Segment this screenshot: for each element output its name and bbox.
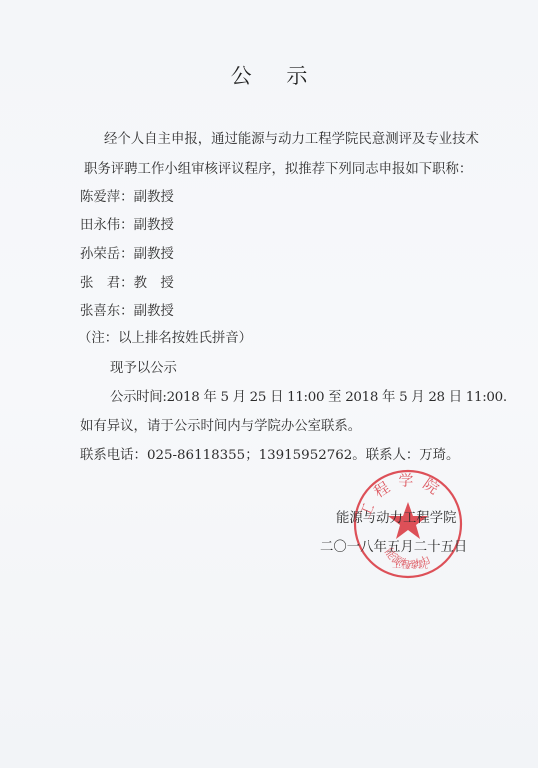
announce-line: 现予以公示 bbox=[110, 357, 177, 376]
candidate-row: 陈爱萍：副教授 bbox=[80, 186, 174, 205]
candidate-title: 副教授 bbox=[134, 190, 174, 205]
candidate-row: 田永伟：副教授 bbox=[80, 214, 174, 233]
candidate-row: 张喜东：副教授 bbox=[80, 300, 174, 319]
candidate-title: 副教授 bbox=[134, 304, 174, 319]
candidate-name: 张 君 bbox=[80, 276, 120, 291]
signature-org: 能源与动力工程学院 bbox=[336, 507, 457, 526]
candidate-title: 副教授 bbox=[134, 218, 174, 233]
note: （注：以上排名按姓氏拼音） bbox=[78, 327, 252, 346]
candidate-name: 田永伟 bbox=[80, 218, 120, 233]
intro-line-1: 经个人自主申报，通过能源与动力工程学院民意测评及专业技术 bbox=[104, 128, 479, 147]
intro-line-2: 职务评聘工作小组审核评议程序，拟推荐下列同志申报如下职称： bbox=[84, 158, 472, 177]
candidate-row: 张 君：教 授 bbox=[80, 272, 174, 291]
candidate-name: 陈爱萍 bbox=[80, 190, 120, 205]
contact-line: 联系电话：025-86118355；13915952762。联系人：万琦。 bbox=[80, 444, 459, 463]
page-title: 公 示 bbox=[0, 60, 538, 90]
candidate-name: 张喜东 bbox=[80, 304, 120, 319]
candidate-title: 副教授 bbox=[134, 247, 174, 262]
svg-text:工程学院: 工程学院 bbox=[392, 559, 428, 571]
candidate-title: 教 授 bbox=[134, 276, 174, 291]
period-line: 公示时间:2018 年 5 月 25 日 11:00 至 2018 年 5 月 … bbox=[110, 386, 507, 405]
signature-date: 二〇一八年五月二十五日 bbox=[320, 536, 467, 555]
document-page: 公 示 经个人自主申报，通过能源与动力工程学院民意测评及专业技术 职务评聘工作小… bbox=[0, 0, 538, 768]
objection-line: 如有异议，请于公示时间内与学院办公室联系。 bbox=[80, 415, 361, 434]
candidate-row: 孙荣岳：副教授 bbox=[80, 243, 174, 262]
candidate-name: 孙荣岳 bbox=[80, 247, 120, 262]
